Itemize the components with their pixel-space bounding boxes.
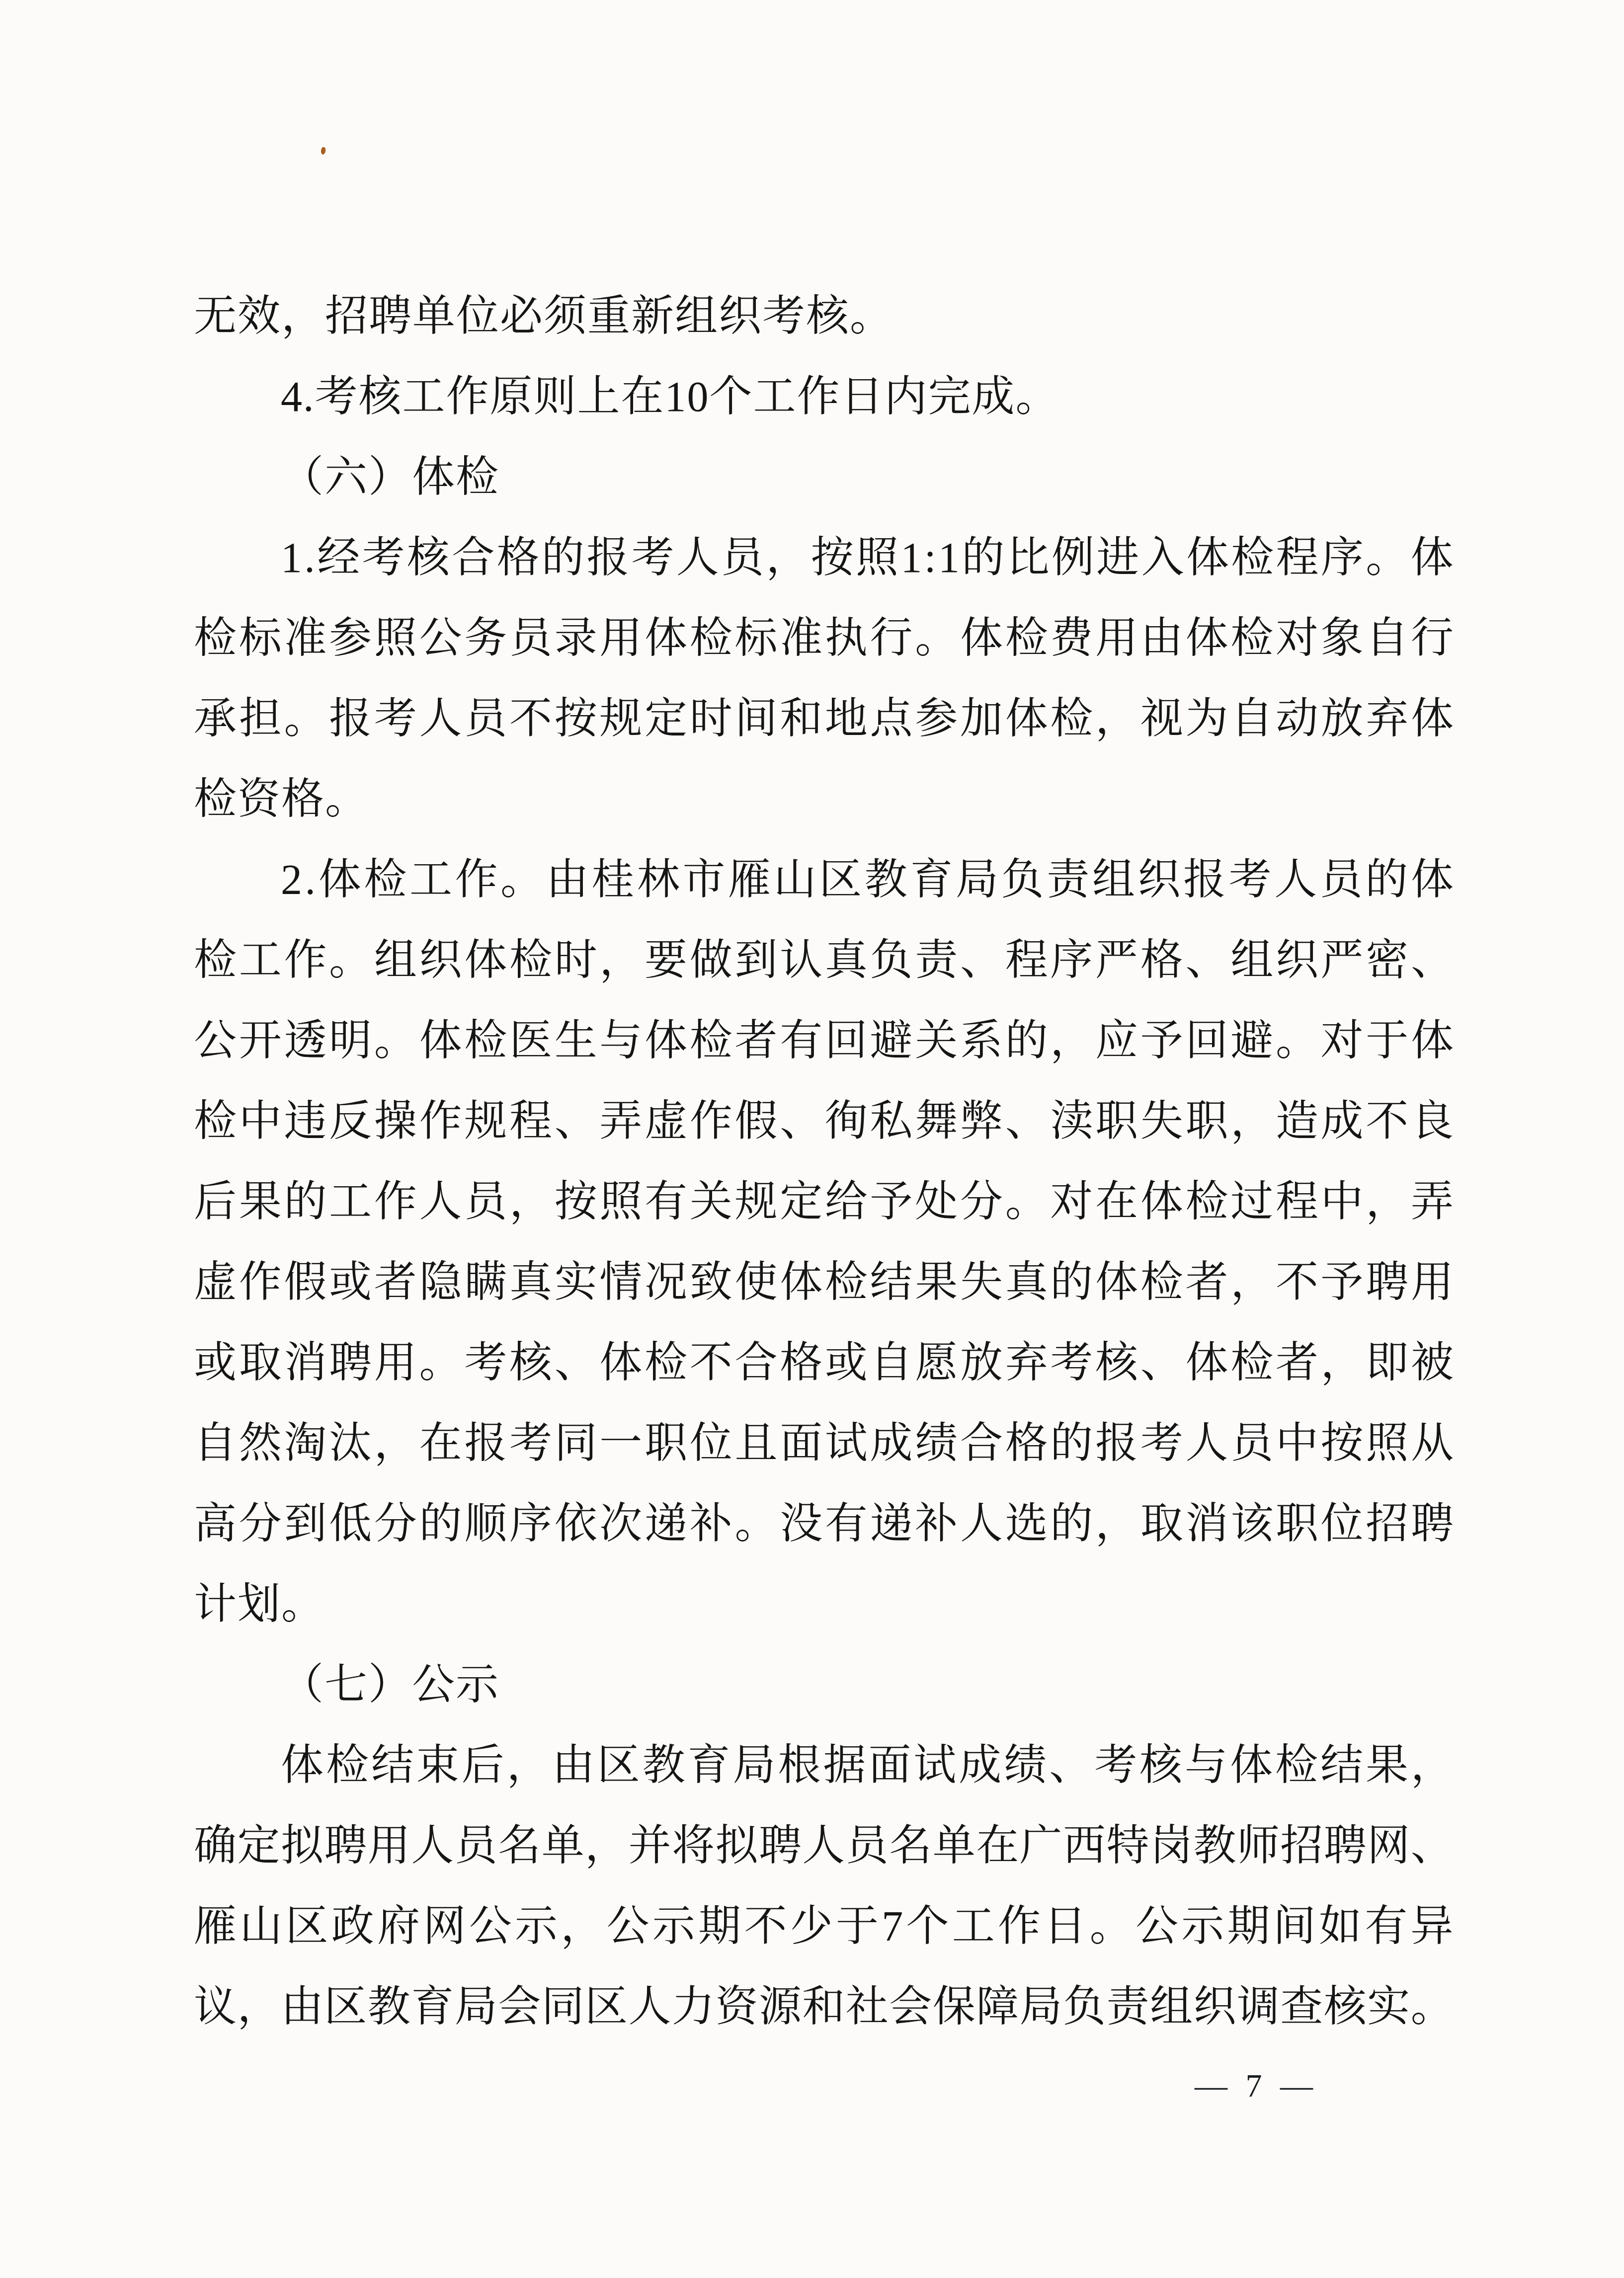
text-line: 自然淘汰，在报考同一职位且面试成绩合格的报考人员中按照从 xyxy=(194,1403,1454,1483)
text-line: 虚作假或者隐瞒真实情况致使体检结果失真的体检者，不予聘用 xyxy=(194,1242,1454,1322)
text-line: 检工作。组织体检时，要做到认真负责、程序严格、组织严密、 xyxy=(194,920,1454,1000)
text-line: 确定拟聘用人员名单，并将拟聘人员名单在广西特岗教师招聘网、 xyxy=(194,1805,1454,1886)
heading-section-6: （六）体检 xyxy=(194,437,1454,517)
text-line: 议，由区教育局会同区人力资源和社会保障局负责组织调查核实。 xyxy=(194,1966,1454,2047)
text-line: 或取消聘用。考核、体检不合格或自愿放弃考核、体检者，即被 xyxy=(194,1322,1454,1403)
text-line: 检资格。 xyxy=(194,759,1454,839)
heading-section-7: （七）公示 xyxy=(194,1644,1454,1725)
document-body: 无效，招聘单位必须重新组织考核。 4.考核工作原则上在10个工作日内完成。 （六… xyxy=(194,276,1454,2047)
text-line: 公开透明。体检医生与体检者有回避关系的，应予回避。对于体 xyxy=(194,1000,1454,1081)
text-line: 检中违反操作规程、弄虚作假、徇私舞弊、渎职失职，造成不良 xyxy=(194,1081,1454,1161)
text-line: 承担。报考人员不按规定时间和地点参加体检，视为自动放弃体 xyxy=(194,678,1454,759)
text-line: 体检结束后，由区教育局根据面试成绩、考核与体检结果， xyxy=(194,1725,1454,1805)
text-line: 1.经考核合格的报考人员，按照1:1的比例进入体检程序。体 xyxy=(194,517,1454,598)
scan-artifact-speck xyxy=(321,147,326,155)
text-line: 高分到低分的顺序依次递补。没有递补人选的，取消该职位招聘 xyxy=(194,1483,1454,1564)
text-line: 计划。 xyxy=(194,1564,1454,1644)
text-line: 4.考核工作原则上在10个工作日内完成。 xyxy=(194,356,1454,437)
page-number: — 7 — xyxy=(1177,2051,1336,2121)
text-line: 2.体检工作。由桂林市雁山区教育局负责组织报考人员的体 xyxy=(194,839,1454,920)
text-line: 雁山区政府网公示，公示期不少于7个工作日。公示期间如有异 xyxy=(194,1886,1454,1966)
text-line: 后果的工作人员，按照有关规定给予处分。对在体检过程中，弄 xyxy=(194,1161,1454,1242)
text-line: 检标准参照公务员录用体检标准执行。体检费用由体检对象自行 xyxy=(194,598,1454,678)
scanned-document-page: 无效，招聘单位必须重新组织考核。 4.考核工作原则上在10个工作日内完成。 （六… xyxy=(0,0,1624,2278)
text-line: 无效，招聘单位必须重新组织考核。 xyxy=(194,276,1454,356)
